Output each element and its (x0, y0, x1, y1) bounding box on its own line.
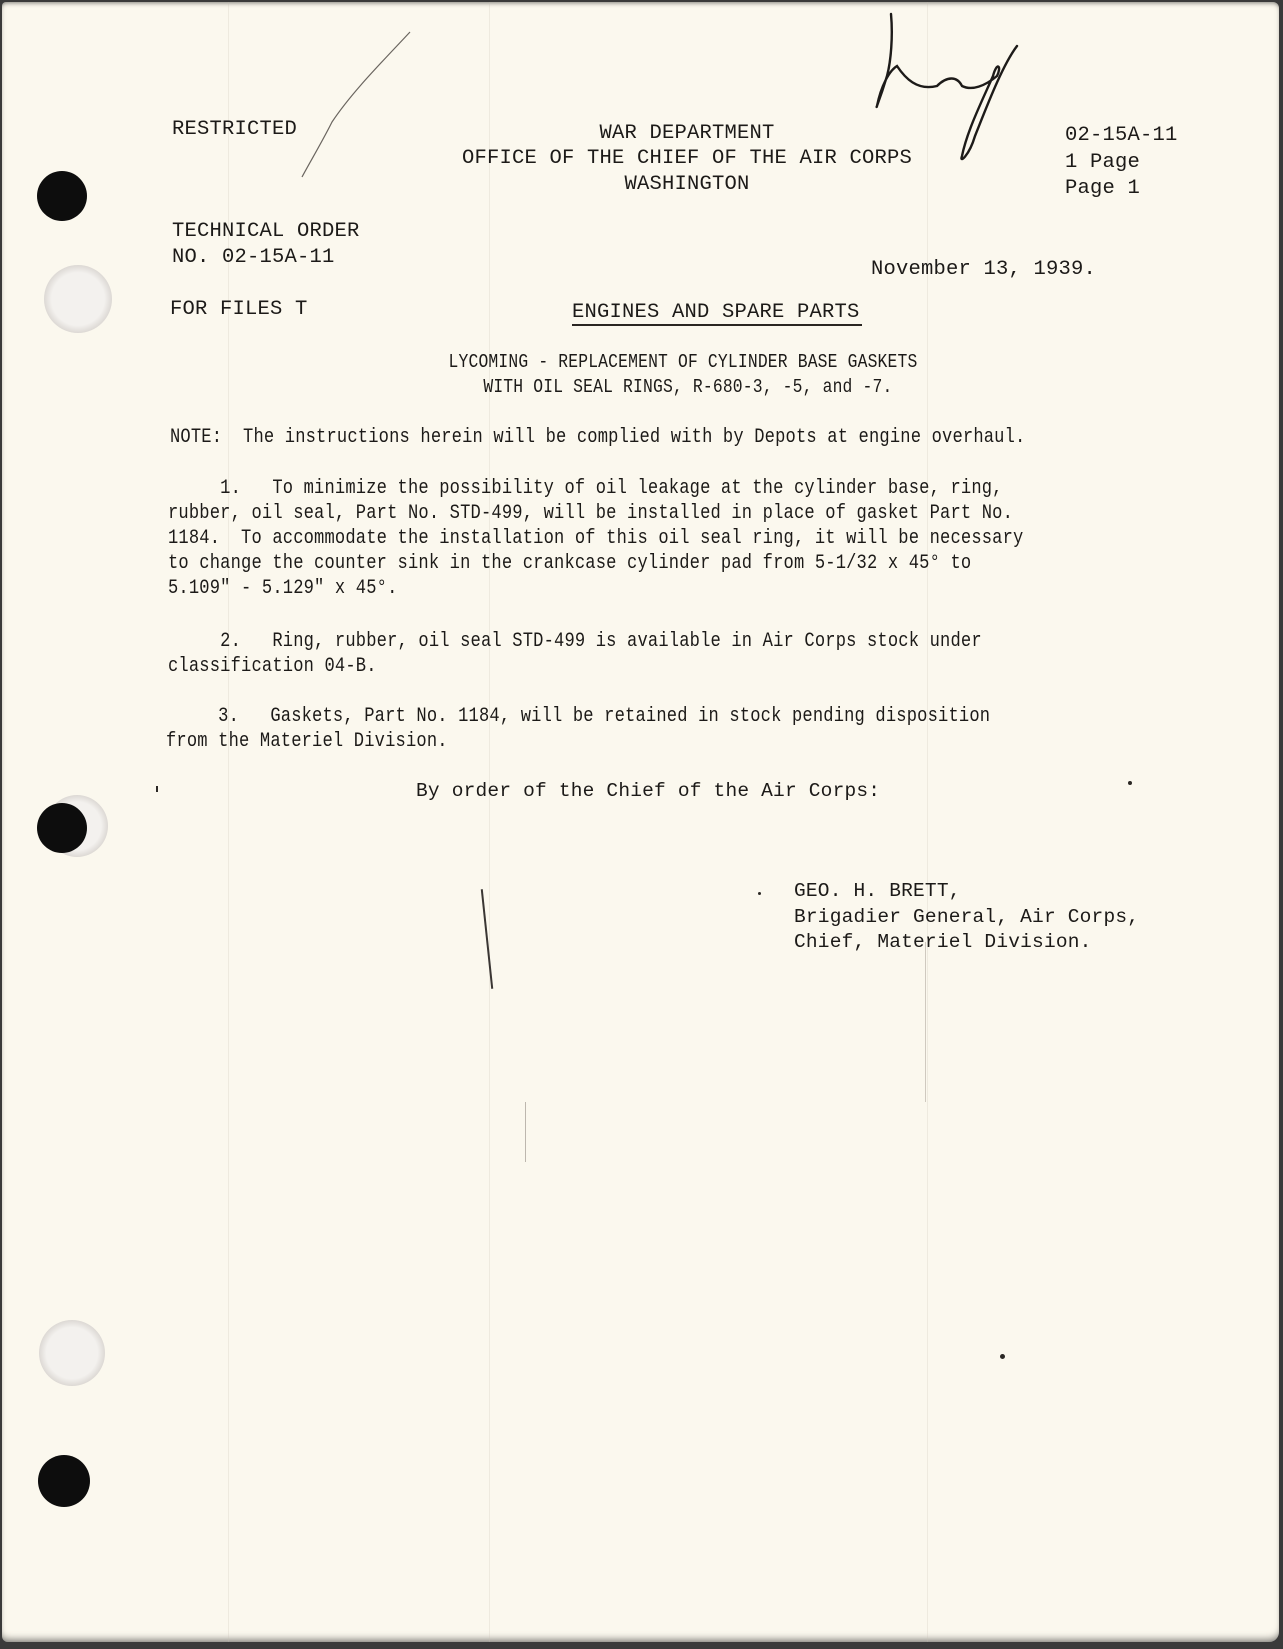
category-underline (572, 324, 862, 326)
stray-mark-icon (481, 889, 493, 989)
scan-line (927, 2, 928, 1642)
stray-mark-icon (758, 892, 761, 895)
reference-number: 02-15A-11 (1065, 123, 1178, 148)
punch-hole-icon (38, 1455, 90, 1507)
letterhead-line-1: WAR DEPARTMENT (462, 121, 912, 146)
paragraph-1-line-5: 5.109" - 5.129" x 45°. (168, 576, 398, 601)
punch-hole-icon (44, 265, 112, 333)
stray-mark-icon (525, 1102, 526, 1162)
signatory-title: Chief, Materiel Division. (794, 930, 1092, 955)
technical-order-number: NO. 02-15A-11 (172, 245, 335, 270)
note-text: NOTE: The instructions herein will be co… (170, 425, 1025, 450)
page-count: 1 Page (1065, 150, 1140, 175)
signatory-name: GEO. H. BRETT, (794, 879, 961, 904)
paragraph-3-line-2: from the Materiel Division. (166, 729, 448, 754)
paragraph-1-line-1: 1. To minimize the possibility of oil le… (168, 476, 1003, 501)
paragraph-3-line-1: 3. Gaskets, Part No. 1184, will be retai… (166, 704, 990, 729)
category-heading: ENGINES AND SPARE PARTS (572, 300, 860, 325)
pen-stroke-icon (292, 22, 432, 182)
punch-hole-icon (39, 1320, 105, 1386)
letterhead-line-2: OFFICE OF THE CHIEF OF THE AIR CORPS (437, 146, 937, 171)
authority-line: By order of the Chief of the Air Corps: (416, 779, 880, 804)
paragraph-2-line-1: 2. Ring, rubber, oil seal STD-499 is ava… (168, 629, 982, 654)
document-date: November 13, 1939. (871, 257, 1096, 282)
stray-mark-icon (1128, 781, 1132, 785)
scan-line (489, 2, 490, 1642)
files-label: FOR FILES T (170, 297, 308, 322)
page-number: Page 1 (1065, 176, 1140, 201)
stray-mark-icon (156, 786, 158, 792)
stray-mark-icon (1000, 1354, 1005, 1359)
stray-mark-icon (925, 942, 926, 1102)
subject-line-2: WITH OIL SEAL RINGS, R-680-3, -5, and -7… (417, 375, 959, 400)
paragraph-1-line-4: to change the counter sink in the crankc… (168, 551, 971, 576)
punch-hole-icon (37, 803, 87, 853)
paragraph-2-line-2: classification 04-B. (168, 654, 377, 679)
subject-line-1: LYCOMING - REPLACEMENT OF CYLINDER BASE … (382, 350, 984, 375)
document-page: RESTRICTED WAR DEPARTMENT OFFICE OF THE … (2, 2, 1279, 1642)
letterhead-line-3: WASHINGTON (462, 172, 912, 197)
technical-order-label: TECHNICAL ORDER (172, 219, 360, 244)
classification-label: RESTRICTED (172, 117, 297, 142)
punch-hole-icon (37, 171, 87, 221)
signatory-rank: Brigadier General, Air Corps, (794, 905, 1139, 930)
paragraph-1-line-2: rubber, oil seal, Part No. STD-499, will… (168, 501, 1013, 526)
paragraph-1-line-3: 1184. To accommodate the installation of… (168, 526, 1023, 551)
